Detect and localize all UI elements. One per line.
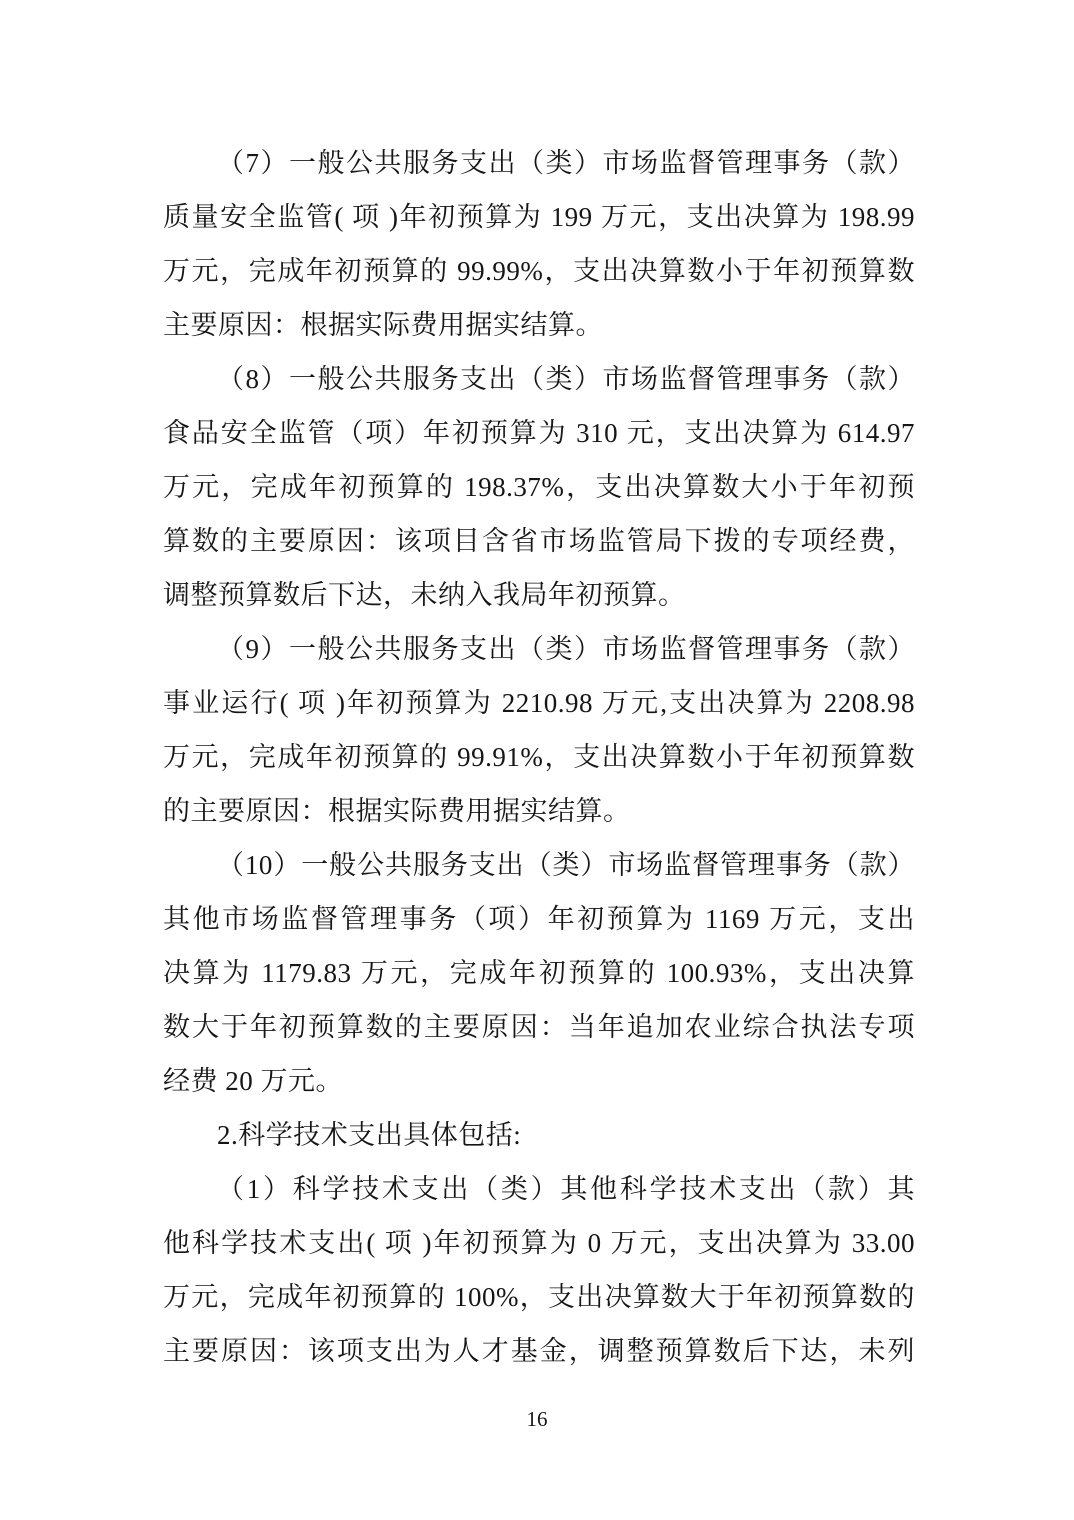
text-line: 万元，完成年初预算的 99.91%，支出决算数小于年初预算数: [163, 730, 915, 784]
document-page: （7）一般公共服务支出（类）市场监督管理事务（款） 质量安全监管( 项 )年初预…: [0, 0, 1074, 1520]
text-line: 的主要原因：根据实际费用据实结算。: [163, 784, 915, 838]
text-line: 其他市场监督管理事务（项）年初预算为 1169 万元，支出: [163, 892, 915, 946]
text-line: 事业运行( 项 )年初预算为 2210.98 万元,支出决算为 2208.98: [163, 676, 915, 730]
text-line: 调整预算数后下达，未纳入我局年初预算。: [163, 568, 915, 622]
text-line: 主要原因：根据实际费用据实结算。: [163, 298, 915, 352]
text-line: 万元，完成年初预算的 198.37%，支出决算数大小于年初预: [163, 460, 915, 514]
page-number: 16: [0, 1404, 1074, 1434]
text-line: 主要原因：该项支出为人才基金，调整预算数后下达，未列: [163, 1324, 915, 1378]
text-line: 万元，完成年初预算的 99.99%，支出决算数小于年初预算数: [163, 244, 915, 298]
section-heading: 2.科学技术支出具体包括:: [163, 1108, 915, 1162]
text-line: 经费 20 万元。: [163, 1054, 915, 1108]
text-line: 决算为 1179.83 万元，完成年初预算的 100.93%，支出决算: [163, 946, 915, 1000]
text-line: （10）一般公共服务支出（类）市场监督管理事务（款）: [163, 838, 915, 892]
text-line: 万元，完成年初预算的 100%，支出决算数大于年初预算数的: [163, 1270, 915, 1324]
text-line: 食品安全监管（项）年初预算为 310 元，支出决算为 614.97: [163, 406, 915, 460]
text-line: （9）一般公共服务支出（类）市场监督管理事务（款）: [163, 622, 915, 676]
document-body: （7）一般公共服务支出（类）市场监督管理事务（款） 质量安全监管( 项 )年初预…: [163, 136, 915, 1378]
text-line: 他科学技术支出( 项 )年初预算为 0 万元，支出决算为 33.00: [163, 1216, 915, 1270]
text-line: 数大于年初预算数的主要原因：当年追加农业综合执法专项: [163, 1000, 915, 1054]
text-line: 算数的主要原因：该项目含省市场监管局下拨的专项经费，: [163, 514, 915, 568]
text-line: 质量安全监管( 项 )年初预算为 199 万元，支出决算为 198.99: [163, 190, 915, 244]
text-line: （1）科学技术支出（类）其他科学技术支出（款）其: [163, 1162, 915, 1216]
text-line: （8）一般公共服务支出（类）市场监督管理事务（款）: [163, 352, 915, 406]
text-line: （7）一般公共服务支出（类）市场监督管理事务（款）: [163, 136, 915, 190]
